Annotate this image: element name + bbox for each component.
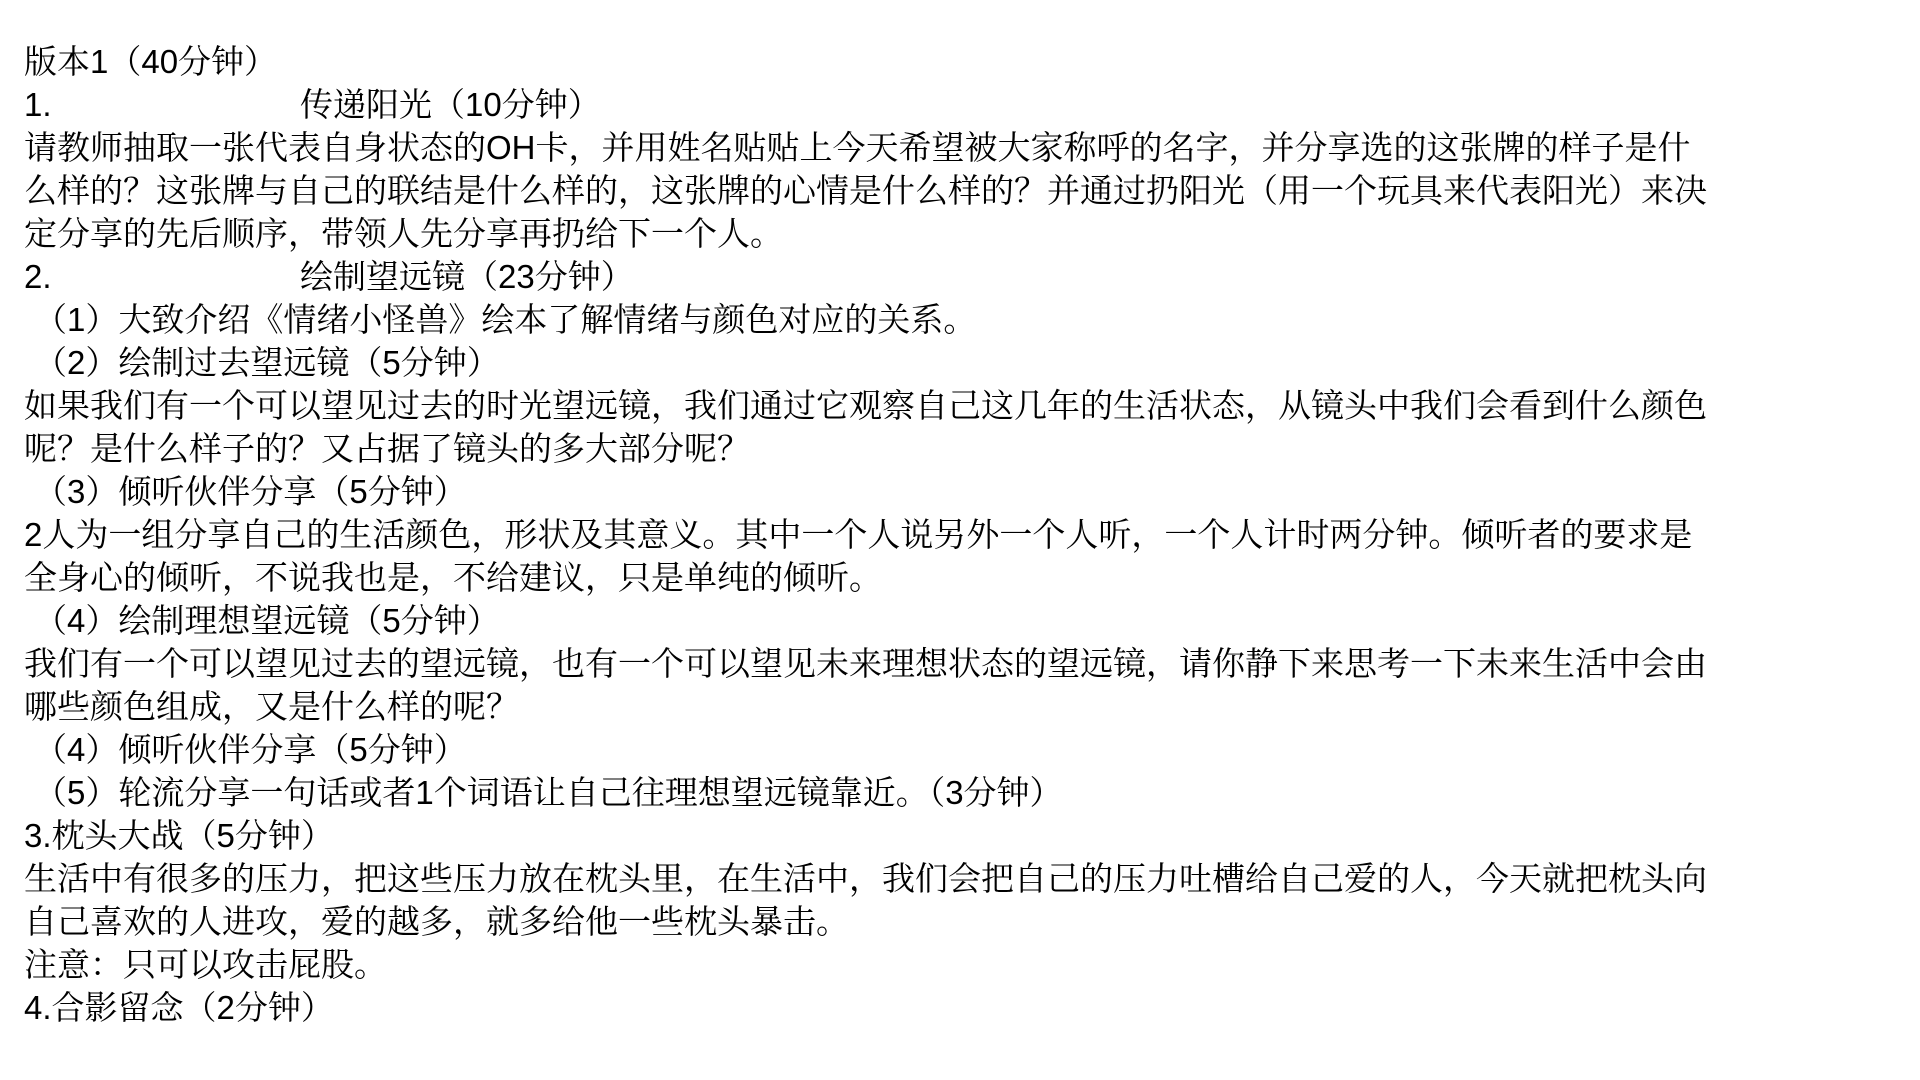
document-page: 版本1（40分钟） 1.传递阳光（10分钟） 请教师抽取一张代表自身状态的OH卡…: [0, 0, 1920, 1080]
paragraph-line: 我们有一个可以望见过去的望远镜，也有一个可以望见未来理想状态的望远镜，请你静下来…: [24, 642, 1900, 685]
paragraph-line: 呢？是什么样子的？又占据了镜头的多大部分呢？: [24, 427, 1900, 470]
paragraph-line: 请教师抽取一张代表自身状态的OH卡，并用姓名贴贴上今天希望被大家称呼的名字，并分…: [24, 126, 1900, 169]
paragraph-line: 2人为一组分享自己的生活颜色，形状及其意义。其中一个人说另外一个人听，一个人计时…: [24, 513, 1900, 556]
sub-item-4-draw: （4）绘制理想望远镜（5分钟）: [24, 599, 1900, 642]
paragraph-line: 全身心的倾听，不说我也是，不给建议，只是单纯的倾听。: [24, 556, 1900, 599]
note-line: 注意：只可以攻击屁股。: [24, 943, 1900, 986]
sub-item-2: （2）绘制过去望远镜（5分钟）: [24, 341, 1900, 384]
activity-2-heading: 2.绘制望远镜（23分钟）: [24, 255, 1900, 298]
activity-1-title: 传递阳光（10分钟）: [300, 86, 601, 123]
list-number: 1.: [24, 83, 300, 126]
paragraph-line: 哪些颜色组成，又是什么样的呢？: [24, 685, 1900, 728]
sub-item-4-listen: （4）倾听伙伴分享（5分钟）: [24, 728, 1900, 771]
version-title: 版本1（40分钟）: [24, 40, 1900, 83]
activity-3-heading: 3.枕头大战（5分钟）: [24, 814, 1900, 857]
paragraph-line: 如果我们有一个可以望见过去的时光望远镜，我们通过它观察自己这几年的生活状态，从镜…: [24, 384, 1900, 427]
activity-2-title: 绘制望远镜（23分钟）: [300, 258, 634, 295]
activity-1-heading: 1.传递阳光（10分钟）: [24, 83, 1900, 126]
paragraph-line: 定分享的先后顺序，带领人先分享再扔给下一个人。: [24, 212, 1900, 255]
activity-4-heading: 4.合影留念（2分钟）: [24, 986, 1900, 1029]
paragraph-line: 生活中有很多的压力，把这些压力放在枕头里，在生活中，我们会把自己的压力吐槽给自己…: [24, 857, 1900, 900]
paragraph-line: 自己喜欢的人进攻，爱的越多，就多给他一些枕头暴击。: [24, 900, 1900, 943]
sub-item-1: （1）大致介绍《情绪小怪兽》绘本了解情绪与颜色对应的关系。: [24, 298, 1900, 341]
sub-item-5: （5）轮流分享一句话或者1个词语让自己往理想望远镜靠近。（3分钟）: [24, 771, 1900, 814]
sub-item-3: （3）倾听伙伴分享（5分钟）: [24, 470, 1900, 513]
paragraph-line: 么样的？这张牌与自己的联结是什么样的，这张牌的心情是什么样的？并通过扔阳光（用一…: [24, 169, 1900, 212]
list-number: 2.: [24, 255, 300, 298]
